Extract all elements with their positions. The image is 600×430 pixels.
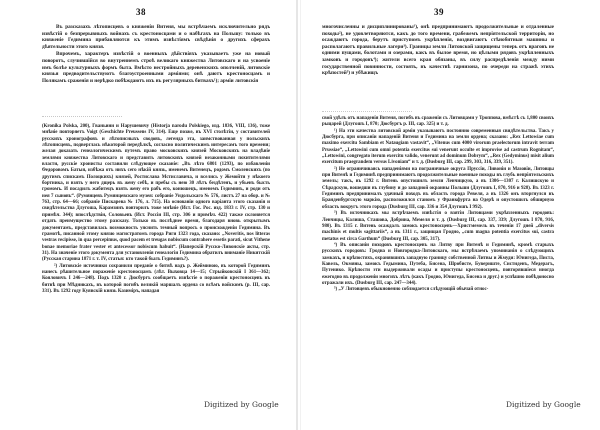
footnote: свой удѣлъ отъ нападенія Витеня, погибъ …	[322, 116, 554, 129]
main-text: многочисленны и дисциплинированы¹), онѣ …	[322, 24, 554, 77]
footnote: ¹) На эти качества литовской арміи указы…	[322, 129, 554, 167]
google-watermark: Digitized by Google	[506, 400, 581, 409]
footnote-separator	[42, 116, 122, 117]
paragraph: Впрочемъ, характеръ извѣстій о военныхъ …	[42, 51, 270, 84]
footnote: ²) Не ограничиваясь нападеніями на погра…	[322, 167, 554, 211]
footnote: ⁵) „У Литовцевъ обыкновенно соблюдается …	[322, 287, 554, 293]
footnotes: свой удѣлъ отъ нападенія Витеня, погибъ …	[322, 116, 554, 294]
page-number: 39	[290, 7, 588, 17]
book-gutter-shadow	[300, 0, 301, 430]
book-gutter	[296, 0, 298, 430]
main-text: Въ разсказахъ лѣтописцевъ о княженіи Вит…	[42, 24, 270, 84]
watermark-text: Digitized by Google	[204, 400, 279, 409]
footnote-separator	[322, 111, 412, 112]
footnote: ³) Въ источникахъ мы встрѣчаемъ извѣстія…	[322, 211, 554, 243]
google-watermark: Digitized by Google	[204, 400, 279, 409]
book-spread: 38 Въ разсказахъ лѣтописцевъ о княженіи …	[0, 0, 600, 430]
paragraph: Въ разсказахъ лѣтописцевъ о княженіи Вит…	[42, 24, 270, 50]
footnote: (Kronika Polska, 200), Гваньини и Наруше…	[42, 124, 270, 264]
left-page: 38 Въ разсказахъ лѣтописцевъ о княженіи …	[0, 0, 298, 430]
right-page: 39 многочисленны и дисциплинированы¹), о…	[302, 0, 600, 430]
page-number: 38	[0, 7, 290, 17]
footnote: ⁴) Въ описаніи походовъ крестоносцевъ на…	[322, 243, 554, 287]
watermark-text: Digitized by Google	[506, 400, 581, 409]
footnotes: (Kronika Polska, 200), Гваньини и Наруше…	[42, 124, 270, 295]
paragraph: многочисленны и дисциплинированы¹), онѣ …	[322, 24, 554, 77]
footnote: ²) Литовскіе источники сохранили предані…	[42, 264, 270, 296]
